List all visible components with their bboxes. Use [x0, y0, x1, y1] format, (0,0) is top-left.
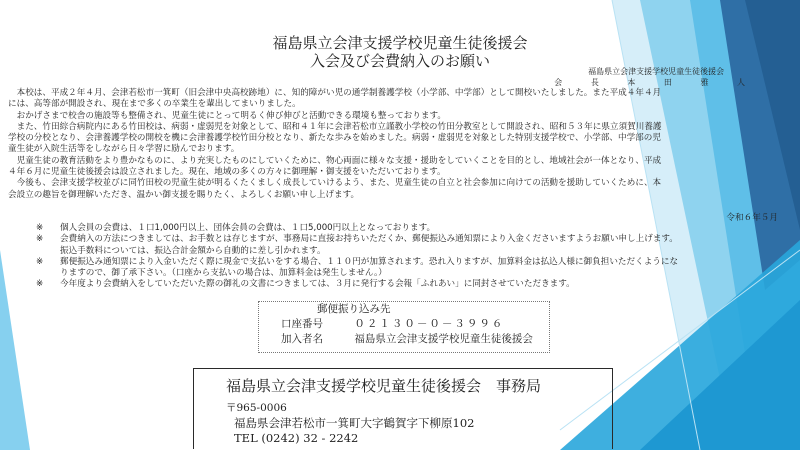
- signatory-organization: 福島県立会津支援学校児童生徒後援会: [554, 66, 758, 77]
- note-item: ※ 郵便振込み通知票により入金いただく際に現金で支払いをする場合、１１０円が加算…: [36, 257, 678, 268]
- office-tel: TEL (0242) 32 - 2242: [234, 431, 358, 445]
- notes-list: ※ 個人会員の会費は、１口1,000円以上、団体会員の会費は、１口5,000円以…: [36, 223, 678, 291]
- body-line: 会設立の趣旨を御理解いただき、温かい御支援を賜りたく、よろしくお願い申し上げます…: [8, 190, 778, 201]
- account-holder-value: 福島県立会津支援学校児童生徒後援会: [354, 333, 533, 345]
- reference-mark-icon: ※: [36, 279, 60, 290]
- note-item: ※ 個人会員の会費は、１口1,000円以上、団体会員の会費は、１口5,000円以…: [36, 223, 678, 234]
- note-continuation: 振込手数料については、振込合計金額から自動的に差し引かれます。: [36, 246, 678, 257]
- issue-date: 令和６年５月: [726, 211, 778, 223]
- body-line: 本校は、平成２年４月、会津若松市一箕町（旧会津中央高校跡地）に、知的障がい児の通…: [8, 88, 778, 99]
- body-line: 児童生徒の教育活動をより豊かなものに、より充実したものにしていくために、物心両面…: [8, 156, 778, 167]
- postal-transfer-box: 郵便振り込み先 口座番号 ０２１３０－０－３９９６ 加入者名 福島県立会津支援学…: [258, 301, 550, 353]
- body-line: 童生徒が入院生活等をしながら日々学習に励んでおります。: [8, 144, 778, 155]
- note-text: 振込手数料については、振込合計金額から自動的に差し引かれます。: [60, 246, 326, 257]
- note-text: りますので、御了承下さい。（口座から支払いの場合は、加算料金は発生しません。）: [60, 268, 387, 279]
- office-contact-box: 福島県立会津支援学校児童生徒後援会 事務局 〒965-0006 福島県会津若松市…: [193, 368, 613, 449]
- account-number-value: ０２１３０－０－３９９６: [354, 318, 504, 330]
- office-zip: 〒965-0006: [226, 400, 287, 415]
- document-page: 福島県立会津支援学校児童生徒後援会 入会及び会費納入のお願い 福島県立会津支援学…: [0, 0, 800, 450]
- note-text: 郵便振込み通知票により入金いただく際に現金で支払いをする場合、１１０円が加算され…: [60, 257, 678, 268]
- reference-mark-icon: ※: [36, 257, 60, 268]
- body-line: また、竹田綜合病院内にある竹田校は、病弱・虚弱児を対象として、昭和４１年に会津若…: [8, 122, 778, 133]
- body-line: 学校の分校となり、会津養護学校の開校を機に会津養護学校竹田分校となり、新たな歩み…: [8, 133, 778, 144]
- account-holder-label: 加入者名: [259, 332, 351, 347]
- account-number-row: 口座番号 ０２１３０－０－３９９６: [259, 317, 549, 332]
- signatory-president: 会 長 本 田 雅 人: [554, 77, 758, 88]
- signatory-block: 福島県立会津支援学校児童生徒後援会 会 長 本 田 雅 人: [554, 66, 758, 88]
- office-heading: 福島県立会津支援学校児童生徒後援会 事務局: [226, 375, 541, 396]
- reference-mark-icon: ※: [36, 223, 60, 234]
- note-text: 会費納入の方法につきましては、お手数とは存じますが、事務局に直接お持ちいただくか…: [60, 234, 678, 245]
- postal-heading: 郵便振り込み先: [259, 302, 549, 317]
- body-text: 本校は、平成２年４月、会津若松市一箕町（旧会津中央高校跡地）に、知的障がい児の通…: [8, 88, 778, 201]
- account-holder-row: 加入者名 福島県立会津支援学校児童生徒後援会: [259, 332, 549, 347]
- note-continuation: りますので、御了承下さい。（口座から支払いの場合は、加算料金は発生しません。）: [36, 268, 678, 279]
- office-address: 福島県会津若松市一箕町大字鶴賀字下柳原102: [234, 415, 474, 431]
- reference-mark-icon: ※: [36, 234, 60, 245]
- note-item: ※ 会費納入の方法につきましては、お手数とは存じますが、事務局に直接お持ちいただ…: [36, 234, 678, 245]
- body-line: には、高等部が開設され、現在まで多くの卒業生を輩出してまいりました。: [8, 99, 778, 110]
- note-text: 今年度より会費納入をしていただいた際の御礼の文書につきましては、３月に発行する会…: [60, 279, 575, 290]
- note-item: ※ 今年度より会費納入をしていただいた際の御礼の文書につきましては、３月に発行す…: [36, 279, 678, 290]
- body-line: 今後も、会津支援学校並びに同竹田校の児童生徒が明るくたくましく成長していけるよう…: [8, 178, 778, 189]
- account-number-label: 口座番号: [259, 317, 351, 332]
- note-text: 個人会員の会費は、１口1,000円以上、団体会員の会費は、１口5,000円以上と…: [60, 223, 435, 234]
- body-line: ４年６月に児童生徒後援会は設立されました。現在、地域の多くの方々に御理解・御支援…: [8, 167, 778, 178]
- body-line: おかげさまで校舎の施設等も整備され、児童生徒にとって明るく伸び伸びと活動できる環…: [8, 111, 778, 122]
